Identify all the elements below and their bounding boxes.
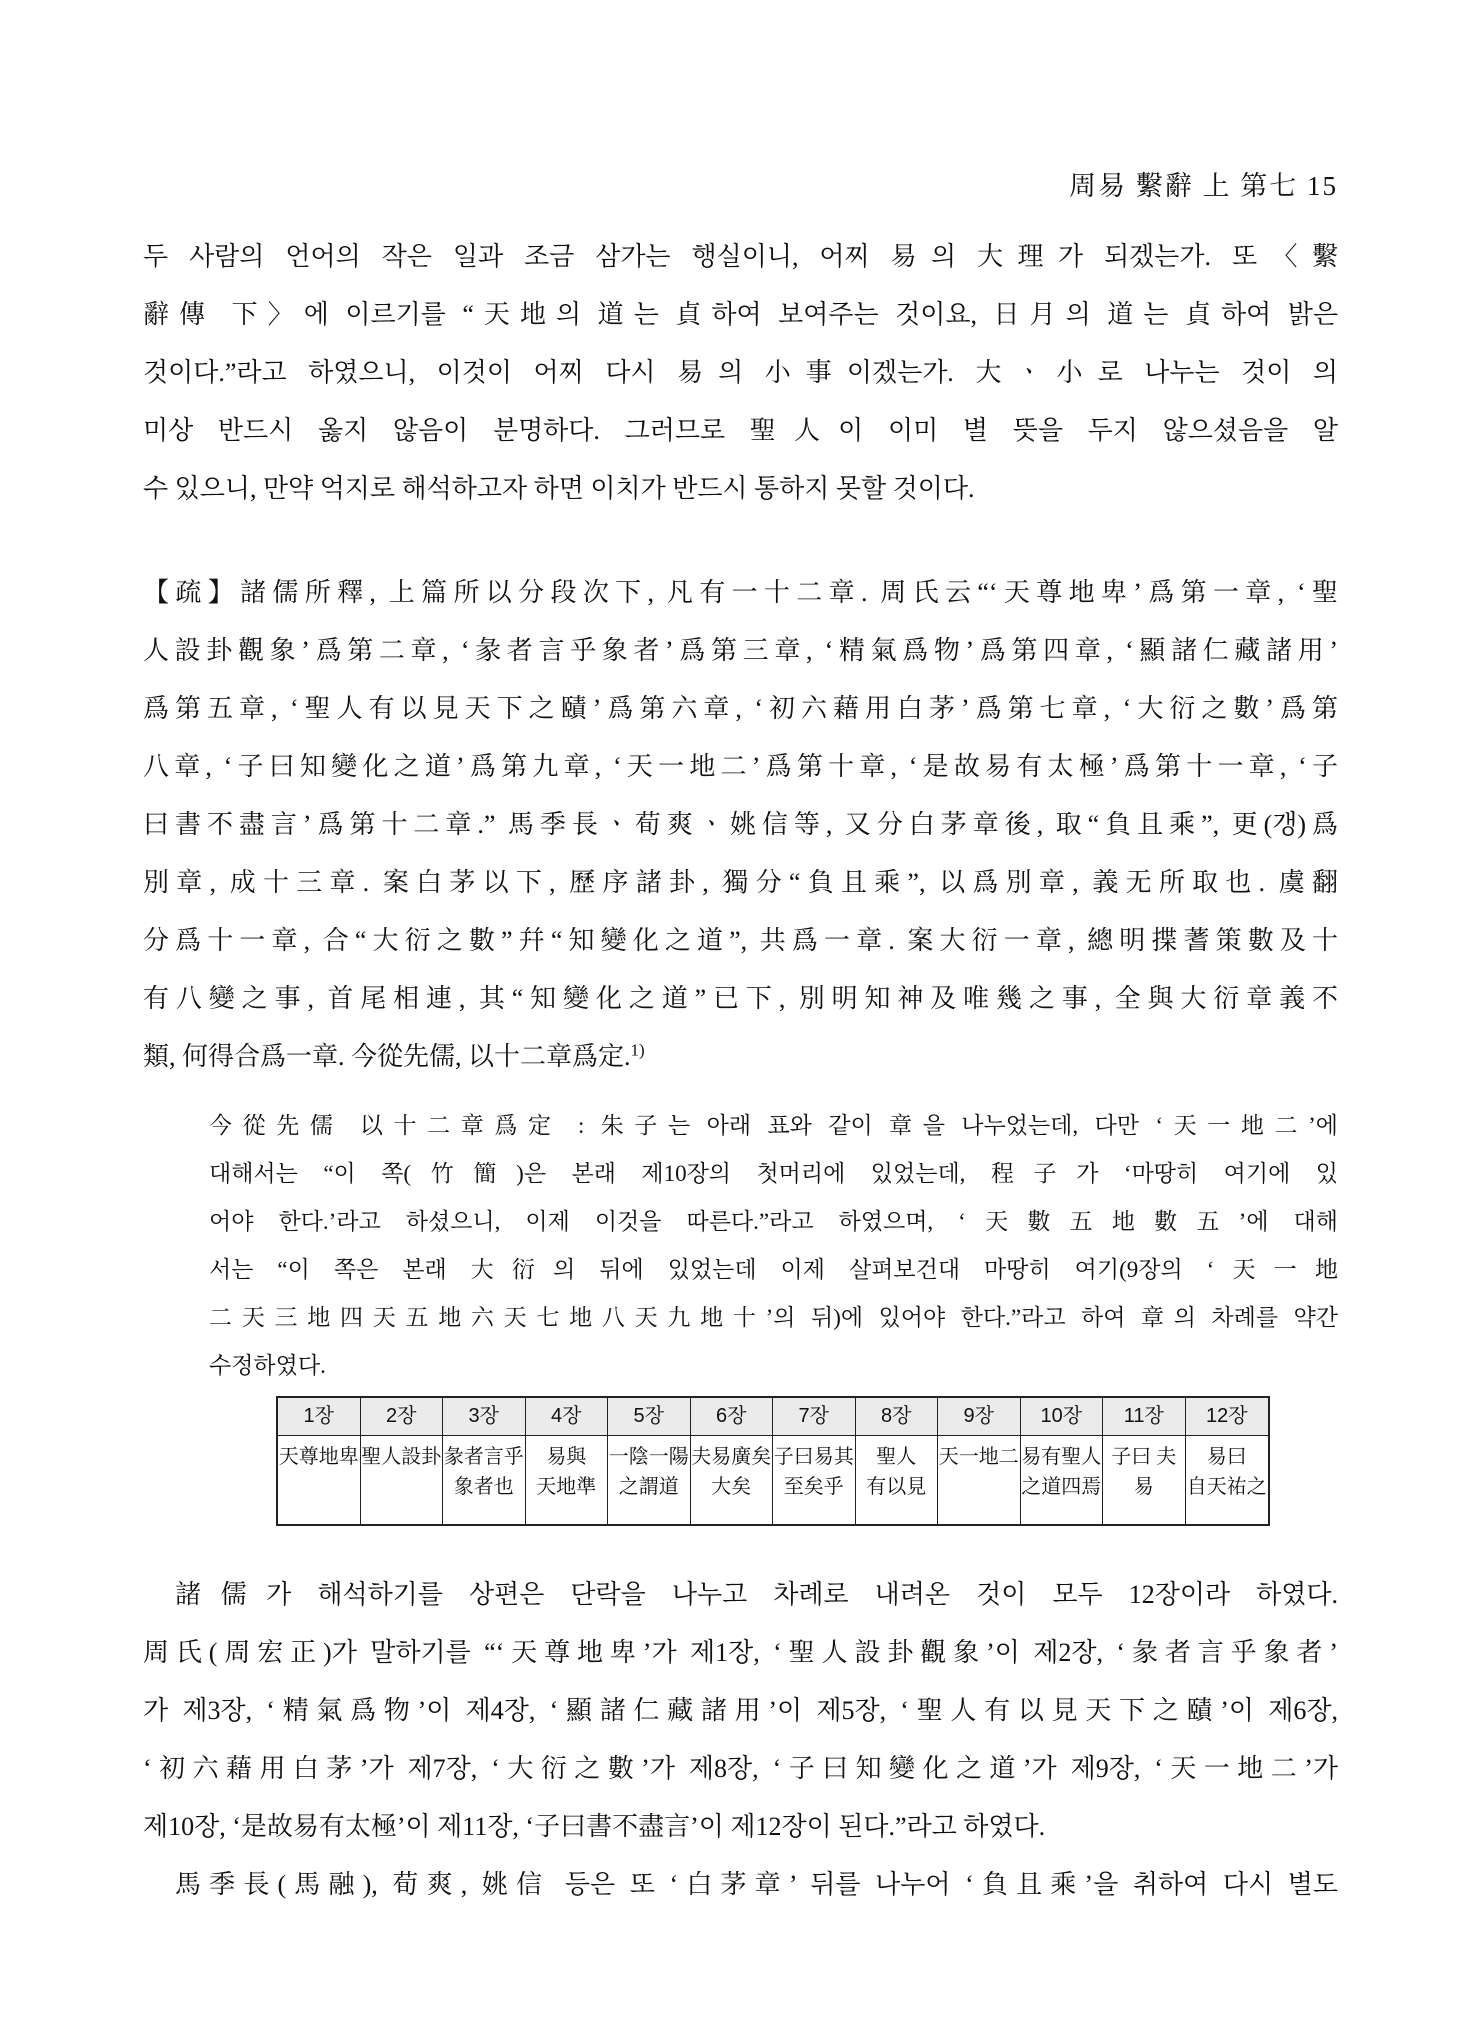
text-line: 別章, 成十三章. 案白茅以下, 歷序諸卦, 獨分“負且乘”, 以爲別章, 義无… (143, 854, 1338, 912)
so-commentary-lines: 【疏】諸儒所釋, 上篇所以分段次下, 凡有一十二章. 周氏云“‘天尊地卑’爲第一… (143, 564, 1338, 1028)
table-cell-line: 易有聖人 (1021, 1442, 1103, 1472)
table-header-cell: 8장 (856, 1398, 939, 1436)
table-cell-line: 一陰一陽 (608, 1442, 690, 1472)
text-line: 수정하였다. (209, 1342, 1338, 1390)
table-body-cell: 天尊地卑 (278, 1436, 361, 1524)
table-header-cell: 1장 (278, 1398, 361, 1436)
book-page: 周易 繫辭 上 第七 15 두 사람의 언어의 작은 일과 조금 삼가는 행실이… (0, 0, 1480, 1914)
text-line: 가 제3장, ‘精氣爲物’이 제4장, ‘顯諸仁藏諸用’이 제5장, ‘聖人有以… (143, 1682, 1338, 1740)
text-line: 二天三地四天五地六天七地八天九地十’의 뒤)에 있어야 한다.”라고 하여 章의… (209, 1294, 1338, 1342)
table-body-cell: 聖人有以見 (856, 1436, 939, 1524)
page-header-title: 周易 繫辭 上 第七 15 (143, 170, 1338, 202)
text-line: 有八變之事, 首尾相連, 其“知變化之道”已下, 別明知神及唯幾之事, 全與大衍… (143, 970, 1338, 1028)
text-line: 제10장, ‘是故易有太極’이 제11장, ‘子曰書不盡言’이 제12장이 된다… (143, 1798, 1338, 1856)
table-cell-line: 子曰易其 (773, 1442, 855, 1472)
text-line: 曰書不盡言’爲第十二章.” 馬季長ㆍ荀爽ㆍ姚信等, 又分白茅章後, 取“負且乘”… (143, 796, 1338, 854)
table-body-cell: 易與天地準 (526, 1436, 609, 1524)
text-line: 馬季長(馬融), 荀爽, 姚信 등은 또 ‘白茅章’ 뒤를 나누어 ‘負且乘’을… (143, 1856, 1338, 1914)
table-cell-line: 易與 (526, 1442, 608, 1472)
table-cell-line: 聖人設卦 (361, 1442, 443, 1472)
text-line: 것이다.”라고 하였으니, 이것이 어찌 다시 易의 小事이겠는가. 大ㆍ小로 … (143, 344, 1338, 402)
table-body-cell: 夫易廣矣大矣 (691, 1436, 774, 1524)
text-line: 諸儒가 해석하기를 상편은 단락을 나누고 차례로 내려온 것이 모두 12장이… (143, 1566, 1338, 1624)
chapter-table: 1장 2장 3장 4장 5장 6장 7장 8장 9장 10장 11장 (276, 1396, 1270, 1526)
text-line: 두 사람의 언어의 작은 일과 조금 삼가는 행실이니, 어찌 易의 大理가 되… (143, 228, 1338, 286)
text-line: 人設卦觀象’爲第二章, ‘彖者言乎象者’爲第三章, ‘精氣爲物’爲第四章, ‘顯… (143, 622, 1338, 680)
text-line: 대해서는 “이 쪽(竹簡)은 본래 제10장의 첫머리에 있었는데, 程子가 ‘… (209, 1150, 1338, 1198)
table-cell-line: 之道四焉 (1021, 1472, 1103, 1502)
footnote-first-line: 1)今從先儒 以十二章爲定 : 朱子는 아래 표와 같이 章을 나누었는데, 다… (209, 1102, 1338, 1150)
table-cell-line: 聖人 (856, 1442, 938, 1472)
text-line: 미상 반드시 옳지 않음이 분명하다. 그러므로 聖人이 이미 별 뜻을 두지 … (143, 402, 1338, 460)
table-header-cell: 10장 (1021, 1398, 1104, 1436)
table-cell-line: 大矣 (691, 1472, 773, 1502)
table-cell-line: 天尊地卑 (278, 1442, 360, 1472)
table-cell-line: 自天祐之 (1186, 1472, 1269, 1502)
table-body-cell: 聖人設卦 (361, 1436, 444, 1524)
so-commentary: 【疏】諸儒所釋, 上篇所以分段次下, 凡有一十二章. 周氏云“‘天尊地卑’爲第一… (143, 564, 1338, 1086)
table-body-cell: 易有聖人之道四焉 (1021, 1436, 1104, 1524)
table-cell-line: 之謂道 (608, 1472, 690, 1502)
text-line: 서는 “이 쪽은 본래 大衍의 뒤에 있었는데 이제 살펴보건대 마땅히 여기(… (209, 1246, 1338, 1294)
explanation-paragraph: 諸儒가 해석하기를 상편은 단락을 나누고 차례로 내려온 것이 모두 12장이… (143, 1566, 1338, 1856)
footnote-continuation: 대해서는 “이 쪽(竹簡)은 본래 제10장의 첫머리에 있었는데, 程子가 ‘… (209, 1150, 1338, 1390)
text-line: 수 있으니, 만약 억지로 해석하고자 하면 이치가 반드시 통하지 못할 것이… (143, 460, 1338, 518)
table-body-cell: 彖者言乎象者也 (443, 1436, 526, 1524)
table-header-cell: 12장 (1186, 1398, 1269, 1436)
text-line: 【疏】諸儒所釋, 上篇所以分段次下, 凡有一十二章. 周氏云“‘天尊地卑’爲第一… (143, 564, 1338, 622)
table-header-cell: 5장 (608, 1398, 691, 1436)
text-line: 어야 한다.’라고 하셨으니, 이제 이것을 따른다.”라고 하였으며, ‘天數… (209, 1198, 1338, 1246)
table-header-cell: 2장 (361, 1398, 444, 1436)
table-cell-line: 天地準 (526, 1472, 608, 1502)
text-line: ‘初六藉用白茅’가 제7장, ‘大衍之數’가 제8장, ‘子曰知變化之道’가 제… (143, 1740, 1338, 1798)
table-header-cell: 6장 (691, 1398, 774, 1436)
closing-paragraph: 馬季長(馬融), 荀爽, 姚信 등은 또 ‘白茅章’ 뒤를 나누어 ‘負且乘’을… (143, 1856, 1338, 1914)
table-cell-line: 夫易廣矣 (691, 1442, 773, 1472)
footnote-section: 1)今從先儒 以十二章爲定 : 朱子는 아래 표와 같이 章을 나누었는데, 다… (143, 1102, 1338, 1390)
table-cell-line: 有以見 (856, 1472, 938, 1502)
text-line: 爲第五章, ‘聖人有以見天下之賾’爲第六章, ‘初六藉用白茅’爲第七章, ‘大衍… (143, 680, 1338, 738)
footnote-first-text: 今從先儒 以十二章爲定 : 朱子는 아래 표와 같이 章을 나누었는데, 다만 … (209, 1113, 1338, 1138)
intro-paragraph: 두 사람의 언어의 작은 일과 조금 삼가는 행실이니, 어찌 易의 大理가 되… (143, 228, 1338, 518)
table-header-cell: 3장 (443, 1398, 526, 1436)
table-header-cell: 4장 (526, 1398, 609, 1436)
table-header-cell: 9장 (938, 1398, 1021, 1436)
chapter-table-body-row: 天尊地卑 聖人設卦 彖者言乎象者也 易與天地準 一陰一陽之謂道 夫易廣矣大矣 子… (278, 1436, 1268, 1524)
text-line: 八章, ‘子曰知變化之道’爲第九章, ‘天一地二’爲第十章, ‘是故易有太極’爲… (143, 738, 1338, 796)
text-line: 分爲十一章, 合“大衍之數”幷“知變化之道”, 共爲一章. 案大衍一章, 總明揲… (143, 912, 1338, 970)
chapter-table-header-row: 1장 2장 3장 4장 5장 6장 7장 8장 9장 10장 11장 (278, 1398, 1268, 1436)
table-body-cell: 天一地二 (938, 1436, 1021, 1524)
table-cell-line: 象者也 (443, 1472, 525, 1502)
text-line: 辭傳 下〉에 이르기를 “天地의 道는 貞하여 보여주는 것이요, 日月의 道는… (143, 286, 1338, 344)
footnote-ref-sup: 1) (631, 1040, 645, 1059)
table-header-cell: 11장 (1103, 1398, 1186, 1436)
table-cell-line: 子曰 夫易 (1103, 1442, 1185, 1502)
table-body-cell: 子曰 夫易 (1103, 1436, 1186, 1524)
table-cell-line: 天一地二 (938, 1442, 1020, 1472)
table-body-cell: 一陰一陽之謂道 (608, 1436, 691, 1524)
table-cell-line: 彖者言乎 (443, 1442, 525, 1472)
table-body-cell: 易曰自天祐之 (1186, 1436, 1269, 1524)
table-body-cell: 子曰易其至矣乎 (773, 1436, 856, 1524)
table-cell-line: 至矣乎 (773, 1472, 855, 1502)
so-last-text: 類, 何得合爲一章. 今從先儒, 以十二章爲定. (143, 1042, 631, 1071)
text-line: 周氏(周宏正)가 말하기를 “‘天尊地卑’가 제1장, ‘聖人設卦觀象’이 제2… (143, 1624, 1338, 1682)
table-cell-line: 易曰 (1186, 1442, 1269, 1472)
table-header-cell: 7장 (773, 1398, 856, 1436)
so-commentary-last-line: 類, 何得合爲一章. 今從先儒, 以十二章爲定.1) (143, 1028, 1338, 1086)
